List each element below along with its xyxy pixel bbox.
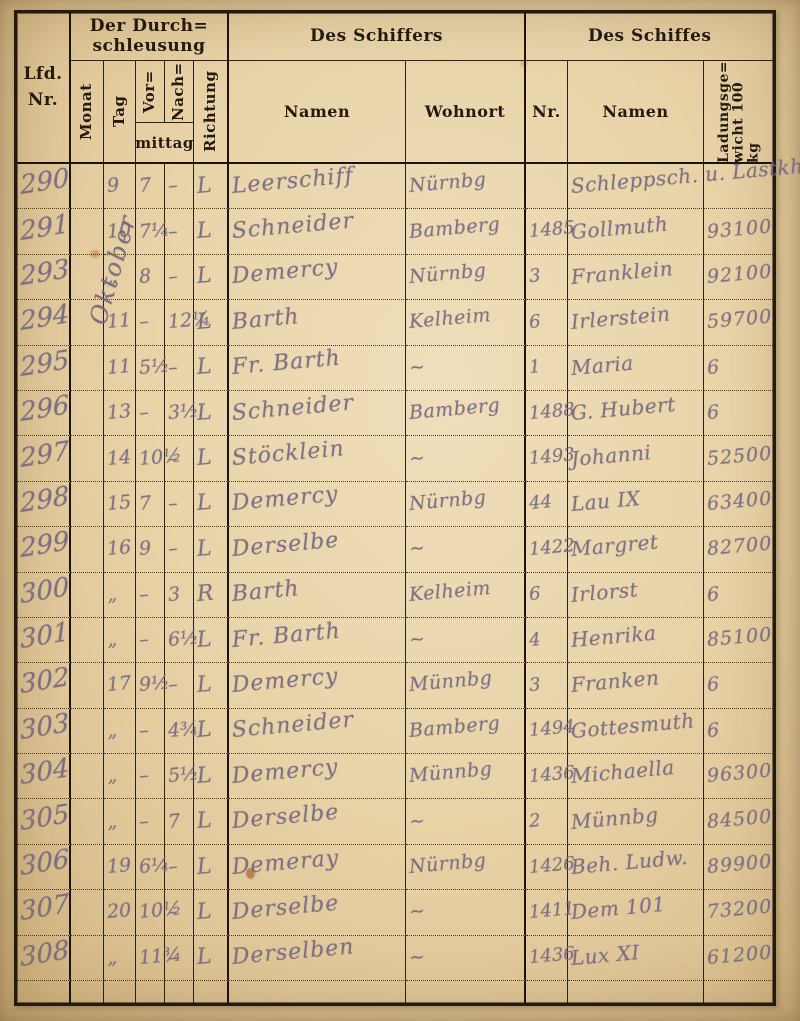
cell-nach: – xyxy=(165,482,194,527)
handwriting-schiff_name: Franklein xyxy=(570,256,674,289)
handwriting-schiffer: Schneider xyxy=(231,708,355,744)
cell-richtung: R xyxy=(194,573,229,618)
cell-schiff_nr: 1426 xyxy=(526,845,568,890)
richtung-label: Richtung xyxy=(203,61,219,162)
cell-schiff_nr: 44 xyxy=(526,482,568,527)
handwriting-gewicht: 6 xyxy=(706,719,721,742)
cell-nr: 299 xyxy=(17,527,71,572)
handwriting-richtung: L xyxy=(196,808,213,834)
handwriting-nr: 303 xyxy=(19,708,70,746)
empty-filler-cell xyxy=(526,981,568,1003)
cell-wohnort: Bamberg xyxy=(406,391,526,436)
handwriting-schiff_name: Michaella xyxy=(570,755,676,788)
cell-schiff_name: Gollmuth xyxy=(568,209,704,254)
handwriting-gewicht: 6 xyxy=(706,356,721,379)
cell-schiffer: Derselben xyxy=(229,936,406,981)
cell-tag: „ xyxy=(104,573,136,618)
cell-vor: 9½ xyxy=(136,663,165,708)
column-header-vormittag: Vor= xyxy=(136,61,165,123)
handwriting-nach: – xyxy=(167,855,178,878)
cell-monat xyxy=(71,164,104,209)
cell-schiff_nr: 3 xyxy=(526,255,568,300)
cell-vor: – xyxy=(136,709,165,754)
empty-filler-cell xyxy=(104,981,136,1003)
cell-schiff_nr: 4 xyxy=(526,618,568,663)
handwriting-schiff_name: Irlorst xyxy=(570,577,639,607)
handwriting-tag: 9 xyxy=(106,174,120,197)
handwriting-wohnort: ∼ xyxy=(408,446,426,469)
handwriting-tag: 20 xyxy=(106,899,132,923)
cell-vor: 5½ xyxy=(136,346,165,391)
cell-tag: 14 xyxy=(104,436,136,481)
cell-schiffer: Stöcklein xyxy=(229,436,406,481)
handwriting-nach: – xyxy=(167,946,178,969)
cell-schiffer: Demercy xyxy=(229,663,406,708)
handwriting-wohnort: Bamberg xyxy=(408,394,501,424)
handwriting-vor: – xyxy=(138,719,149,742)
handwriting-vor: 9 xyxy=(138,537,152,560)
column-group-durchschleusung: Der Durch= schleusung xyxy=(71,13,229,61)
cell-schiff_name: Lux XI xyxy=(568,936,704,981)
cell-schiffer: Barth xyxy=(229,300,406,345)
handwriting-gewicht: 61200 xyxy=(706,941,773,969)
handwriting-tag: „ xyxy=(106,946,118,969)
empty-filler-cell xyxy=(165,981,194,1003)
cell-wohnort: Münnbg xyxy=(406,663,526,708)
cell-nach: – xyxy=(165,436,194,481)
handwriting-wohnort: Kelheim xyxy=(408,304,492,333)
cell-wohnort: ∼ xyxy=(406,618,526,663)
handwriting-schiff_name: Johanni xyxy=(570,440,652,471)
cell-schiff_name: Lau IX xyxy=(568,482,704,527)
cell-monat xyxy=(71,527,104,572)
handwriting-nach: – xyxy=(167,901,178,924)
cell-gewicht: 6 xyxy=(704,709,773,754)
cell-nach: 5½ xyxy=(165,754,194,799)
handwriting-nr: 293 xyxy=(19,254,70,292)
handwriting-wohnort: ∼ xyxy=(408,900,426,923)
cell-gewicht xyxy=(704,164,773,209)
cell-wohnort: Kelheim xyxy=(406,573,526,618)
cell-vor: – xyxy=(136,799,165,844)
handwriting-nr: 299 xyxy=(19,526,70,564)
cell-schiff_name: G. Hubert xyxy=(568,391,704,436)
cell-schiffer: Fr. Barth xyxy=(229,618,406,663)
handwriting-schiff_nr: 3 xyxy=(528,266,541,288)
cell-nach: – xyxy=(165,255,194,300)
handwriting-nach: – xyxy=(167,538,178,561)
cell-monat xyxy=(71,890,104,935)
cell-gewicht: 6 xyxy=(704,663,773,708)
handwriting-schiffer: Demercy xyxy=(231,255,340,289)
cell-wohnort: ∼ xyxy=(406,436,526,481)
cell-schiffer: Schneider xyxy=(229,709,406,754)
handwriting-gewicht: 73200 xyxy=(706,896,773,924)
vor-label: Vor= xyxy=(142,61,158,122)
handwriting-schiffer: Derselbe xyxy=(231,528,340,562)
cell-schiffer: Demeray xyxy=(229,845,406,890)
cell-nr: 306 xyxy=(17,845,71,890)
cell-tag: 13 xyxy=(104,391,136,436)
cell-nach: 3½ xyxy=(165,391,194,436)
column-group-schiff: Des Schiffes xyxy=(526,13,773,61)
cell-nach: – xyxy=(165,936,194,981)
cell-gewicht: 96300 xyxy=(704,754,773,799)
handwriting-schiff_name: Maria xyxy=(570,350,635,379)
cell-nr: 308 xyxy=(17,936,71,981)
handwriting-tag: 14 xyxy=(106,446,132,470)
handwriting-schiff_nr: 6 xyxy=(528,583,541,605)
handwriting-wohnort: ∼ xyxy=(408,628,426,651)
handwriting-richtung: L xyxy=(196,626,213,652)
empty-filler-cell xyxy=(229,981,406,1003)
cell-wohnort: Bamberg xyxy=(406,709,526,754)
cell-schiff_nr xyxy=(526,164,568,209)
cell-nr: 291 xyxy=(17,209,71,254)
handwriting-wohnort: Münnbg xyxy=(408,758,493,787)
handwriting-schiffer: Schneider xyxy=(231,209,355,245)
handwriting-richtung: L xyxy=(196,717,213,743)
cell-tag: „ xyxy=(104,799,136,844)
handwriting-schiffer: Demercy xyxy=(231,664,340,698)
handwriting-nach: – xyxy=(167,356,178,379)
cell-tag: 16 xyxy=(104,527,136,572)
cell-monat xyxy=(71,209,104,254)
cell-nr: 301 xyxy=(17,618,71,663)
empty-filler-cell xyxy=(71,981,104,1003)
handwriting-nr: 301 xyxy=(19,617,70,655)
handwriting-schiffer: Derselbe xyxy=(231,800,340,834)
handwriting-schiff_name: Beh. Ludw. xyxy=(570,845,689,879)
cell-nach: – xyxy=(165,527,194,572)
cell-gewicht: 6 xyxy=(704,573,773,618)
cell-gewicht: 92100 xyxy=(704,255,773,300)
cell-monat xyxy=(71,845,104,890)
cell-schiffer: Schneider xyxy=(229,209,406,254)
empty-filler-cell xyxy=(568,981,704,1003)
cell-richtung: L xyxy=(194,255,229,300)
handwriting-schiff_name: Irlerstein xyxy=(570,302,671,335)
cell-tag: 9 xyxy=(104,164,136,209)
handwriting-schiffer: Barth xyxy=(231,576,301,607)
handwriting-wohnort: ∼ xyxy=(408,537,426,560)
cell-nr: 296 xyxy=(17,391,71,436)
handwriting-richtung: L xyxy=(196,218,213,244)
handwriting-schiff_nr: 44 xyxy=(528,492,553,515)
cell-wohnort: Bamberg xyxy=(406,209,526,254)
handwriting-nr: 290 xyxy=(19,163,70,201)
handwriting-gewicht: 93100 xyxy=(706,215,773,243)
cell-vor: 7 xyxy=(136,164,165,209)
handwriting-gewicht: 84500 xyxy=(706,805,773,833)
handwriting-schiffer: Derselbe xyxy=(231,891,340,925)
handwriting-gewicht: 52500 xyxy=(706,442,773,470)
handwriting-gewicht: 59700 xyxy=(706,306,773,334)
empty-filler-cell xyxy=(704,981,773,1003)
handwriting-vor: – xyxy=(138,628,149,651)
handwriting-schiff_name: Gottesmuth xyxy=(570,708,696,743)
handwriting-schiffer: Stöcklein xyxy=(231,436,346,471)
handwriting-tag: 17 xyxy=(106,672,132,696)
handwriting-wohnort: Nürnbg xyxy=(408,486,487,515)
handwriting-nach: – xyxy=(167,174,178,197)
cell-wohnort: ∼ xyxy=(406,799,526,844)
cell-tag: 17 xyxy=(104,663,136,708)
cell-nach: 4¾ xyxy=(165,709,194,754)
cell-monat xyxy=(71,709,104,754)
tag-label: Tag xyxy=(112,61,128,162)
cell-schiffer: Schneider xyxy=(229,391,406,436)
cell-monat xyxy=(71,573,104,618)
handwriting-vor: – xyxy=(138,765,149,788)
cell-gewicht: 6 xyxy=(704,346,773,391)
cell-richtung: L xyxy=(194,164,229,209)
cell-schiff_name: Michaella xyxy=(568,754,704,799)
cell-schiffer: Fr. Barth xyxy=(229,346,406,391)
cell-nach: 6½ xyxy=(165,618,194,663)
handwriting-wohnort: Nürnbg xyxy=(408,259,487,288)
cell-richtung: L xyxy=(194,754,229,799)
handwriting-vor: 7 xyxy=(138,492,152,515)
handwriting-schiff_name: Gollmuth xyxy=(570,211,669,243)
handwriting-schiffer: Demercy xyxy=(231,482,340,516)
cell-vor: 6¼ xyxy=(136,845,165,890)
cell-wohnort: Nürnbg xyxy=(406,255,526,300)
handwriting-nr: 304 xyxy=(19,753,70,791)
handwriting-nach: – xyxy=(167,447,178,470)
handwriting-schiffer: Fr. Barth xyxy=(231,346,342,380)
column-header-lfd-nr: Lfd. Nr. xyxy=(17,13,71,164)
cell-tag: „ xyxy=(104,936,136,981)
handwriting-vor: – xyxy=(138,583,149,606)
handwriting-tag: „ xyxy=(106,628,118,651)
column-header-richtung: Richtung xyxy=(194,61,229,164)
handwriting-nr: 300 xyxy=(19,572,70,610)
cell-vor: 9 xyxy=(136,527,165,572)
handwriting-schiff_name: Münnbg xyxy=(570,802,659,834)
register-grid: Lfd. Nr. Der Durch= schleusung Monat Tag… xyxy=(17,13,773,1003)
cell-richtung: L xyxy=(194,527,229,572)
cell-richtung: L xyxy=(194,209,229,254)
cell-schiff_name: Maria xyxy=(568,346,704,391)
column-header-nachmittag: Nach= xyxy=(165,61,194,123)
handwriting-richtung: L xyxy=(196,490,213,516)
cell-gewicht: 84500 xyxy=(704,799,773,844)
cell-richtung: L xyxy=(194,845,229,890)
cell-tag: „ xyxy=(104,618,136,663)
cell-schiffer: Derselbe xyxy=(229,799,406,844)
handwriting-schiff_nr: 4 xyxy=(528,629,541,651)
cell-tag: 20 xyxy=(104,890,136,935)
handwriting-richtung: L xyxy=(196,536,213,562)
handwriting-nr: 306 xyxy=(19,844,70,882)
handwriting-wohnort: Kelheim xyxy=(408,577,492,606)
handwriting-gewicht: 92100 xyxy=(706,260,773,288)
handwriting-richtung: R xyxy=(196,581,215,607)
handwriting-gewicht: 6 xyxy=(706,583,721,606)
cell-schiffer: Demercy xyxy=(229,754,406,799)
cell-vor: 7 xyxy=(136,482,165,527)
cell-schiff_nr: 1494 xyxy=(526,709,568,754)
cell-monat xyxy=(71,754,104,799)
handwriting-schiff_name: G. Hubert xyxy=(570,392,677,425)
handwriting-schiffer: Leerschiff xyxy=(231,163,355,199)
handwriting-schiffer: Demeray xyxy=(231,845,340,879)
cell-schiff_name: Franken xyxy=(568,663,704,708)
handwriting-schiff_name: Dem 101 xyxy=(570,892,667,924)
handwriting-wohnort: Bamberg xyxy=(408,213,501,243)
cell-schiff_nr: 3 xyxy=(526,663,568,708)
handwriting-gewicht: 96300 xyxy=(706,760,773,788)
empty-filler-cell xyxy=(136,981,165,1003)
cell-schiff_nr: 1 xyxy=(526,346,568,391)
cell-vor: 10½ xyxy=(136,890,165,935)
cell-richtung: L xyxy=(194,300,229,345)
cell-gewicht: 59700 xyxy=(704,300,773,345)
column-group-schiffer: Des Schiffers xyxy=(229,13,526,61)
cell-schiff_name: Irlerstein xyxy=(568,300,704,345)
cell-vor: 11¾ xyxy=(136,936,165,981)
cell-gewicht: 82700 xyxy=(704,527,773,572)
cell-schiff_nr: 1493 xyxy=(526,436,568,481)
handwriting-vor: – xyxy=(138,401,149,424)
handwriting-gewicht: 6 xyxy=(706,673,721,696)
cell-nr: 304 xyxy=(17,754,71,799)
column-header-schiff-namen: Namen xyxy=(568,61,704,164)
cell-gewicht: 89900 xyxy=(704,845,773,890)
register-table: Lfd. Nr. Der Durch= schleusung Monat Tag… xyxy=(14,10,776,1006)
handwriting-nach: 7 xyxy=(167,810,181,833)
handwriting-schiff_nr: 2 xyxy=(528,810,541,832)
cell-monat xyxy=(71,436,104,481)
cell-gewicht: 61200 xyxy=(704,936,773,981)
column-header-monat: Monat xyxy=(71,61,104,164)
cell-schiff_name: Franklein xyxy=(568,255,704,300)
cell-nr: 302 xyxy=(17,663,71,708)
empty-filler-cell xyxy=(17,981,71,1003)
handwriting-richtung: L xyxy=(196,899,213,925)
handwriting-vor: 7 xyxy=(138,174,152,197)
cell-gewicht: 73200 xyxy=(704,890,773,935)
handwriting-nr: 291 xyxy=(19,209,70,247)
cell-nr: 295 xyxy=(17,346,71,391)
cell-wohnort: Kelheim xyxy=(406,300,526,345)
handwriting-wohnort: ∼ xyxy=(408,945,426,968)
handwriting-schiff_name: Lux XI xyxy=(570,940,641,970)
cell-schiff_name: Beh. Ludw. xyxy=(568,845,704,890)
handwriting-nr: 307 xyxy=(19,890,70,928)
handwriting-schiffer: Barth xyxy=(231,304,301,335)
cell-schiff_name: Johanni xyxy=(568,436,704,481)
cell-nr: 300 xyxy=(17,573,71,618)
cell-schiff_nr: 1485 xyxy=(526,209,568,254)
cell-nach: – xyxy=(165,164,194,209)
cell-tag: 15 xyxy=(104,482,136,527)
handwriting-tag: 15 xyxy=(106,491,132,515)
handwriting-nach: – xyxy=(167,674,178,697)
cell-vor: – xyxy=(136,573,165,618)
cell-monat xyxy=(71,663,104,708)
cell-tag: 19 xyxy=(104,845,136,890)
handwriting-tag: „ xyxy=(106,810,118,833)
cell-nach: – xyxy=(165,346,194,391)
cell-schiff_name: Dem 101 xyxy=(568,890,704,935)
column-header-ladungsgewicht: Ladungsge= wicht 100 kg xyxy=(704,61,773,164)
cell-nach: 3 xyxy=(165,573,194,618)
cell-schiff_nr: 1422 xyxy=(526,527,568,572)
cell-vor: – xyxy=(136,300,165,345)
cell-schiff_nr: 6 xyxy=(526,573,568,618)
handwriting-gewicht: 85100 xyxy=(706,623,773,651)
handwriting-schiffer: Derselben xyxy=(231,935,356,971)
cell-nr: 305 xyxy=(17,799,71,844)
cell-nach: 7 xyxy=(165,799,194,844)
handwriting-nr: 305 xyxy=(19,799,70,837)
cell-vor: – xyxy=(136,391,165,436)
handwriting-richtung: L xyxy=(196,944,213,970)
cell-tag: „ xyxy=(104,754,136,799)
cell-schiff_name: Henrika xyxy=(568,618,704,663)
cell-schiff_nr: 1411 xyxy=(526,890,568,935)
cell-schiff_name: Margret xyxy=(568,527,704,572)
cell-monat xyxy=(71,346,104,391)
cell-nr: 294 xyxy=(17,300,71,345)
handwriting-tag: 13 xyxy=(106,400,132,424)
ladungsgewicht-label: Ladungsge= wicht 100 kg xyxy=(717,61,761,162)
cell-schiffer: Demercy xyxy=(229,255,406,300)
cell-wohnort: Münnbg xyxy=(406,754,526,799)
cell-schiff_nr: 6 xyxy=(526,300,568,345)
cell-gewicht: 85100 xyxy=(704,618,773,663)
handwriting-gewicht: 63400 xyxy=(706,487,773,515)
cell-richtung: L xyxy=(194,436,229,481)
handwriting-nr: 297 xyxy=(19,436,70,474)
handwriting-tag: 19 xyxy=(106,854,132,878)
cell-schiff_name: Irlorst xyxy=(568,573,704,618)
cell-schiff_nr: 1488 xyxy=(526,391,568,436)
cell-monat xyxy=(71,799,104,844)
handwriting-schiffer: Schneider xyxy=(231,390,355,426)
cell-wohnort: Nürnbg xyxy=(406,845,526,890)
handwriting-richtung: L xyxy=(196,853,213,879)
handwriting-wohnort: ∼ xyxy=(408,355,426,378)
handwriting-schiffer: Demercy xyxy=(231,755,340,789)
handwriting-richtung: L xyxy=(196,763,213,789)
cell-monat xyxy=(71,482,104,527)
handwriting-nach: – xyxy=(167,220,178,243)
cell-schiffer: Derselbe xyxy=(229,527,406,572)
handwriting-nach: – xyxy=(167,265,178,288)
cell-nach: – xyxy=(165,209,194,254)
cell-richtung: L xyxy=(194,663,229,708)
handwriting-richtung: L xyxy=(196,399,213,425)
cell-richtung: L xyxy=(194,482,229,527)
cell-schiff_name: Gottesmuth xyxy=(568,709,704,754)
handwriting-vor: – xyxy=(138,311,149,334)
handwriting-nach: – xyxy=(167,492,178,515)
cell-schiffer: Derselbe xyxy=(229,890,406,935)
cell-vor: 10½ xyxy=(136,436,165,481)
cell-schiff_name: Schleppsch. u. Lastkhn xyxy=(568,164,704,209)
handwriting-tag: „ xyxy=(106,583,118,606)
monat-label: Monat xyxy=(79,61,95,162)
handwriting-nr: 295 xyxy=(19,345,70,383)
handwriting-nach: 3 xyxy=(167,583,181,606)
cell-monat xyxy=(71,618,104,663)
handwriting-gewicht: 89900 xyxy=(706,850,773,878)
cell-richtung: L xyxy=(194,346,229,391)
cell-wohnort: ∼ xyxy=(406,890,526,935)
